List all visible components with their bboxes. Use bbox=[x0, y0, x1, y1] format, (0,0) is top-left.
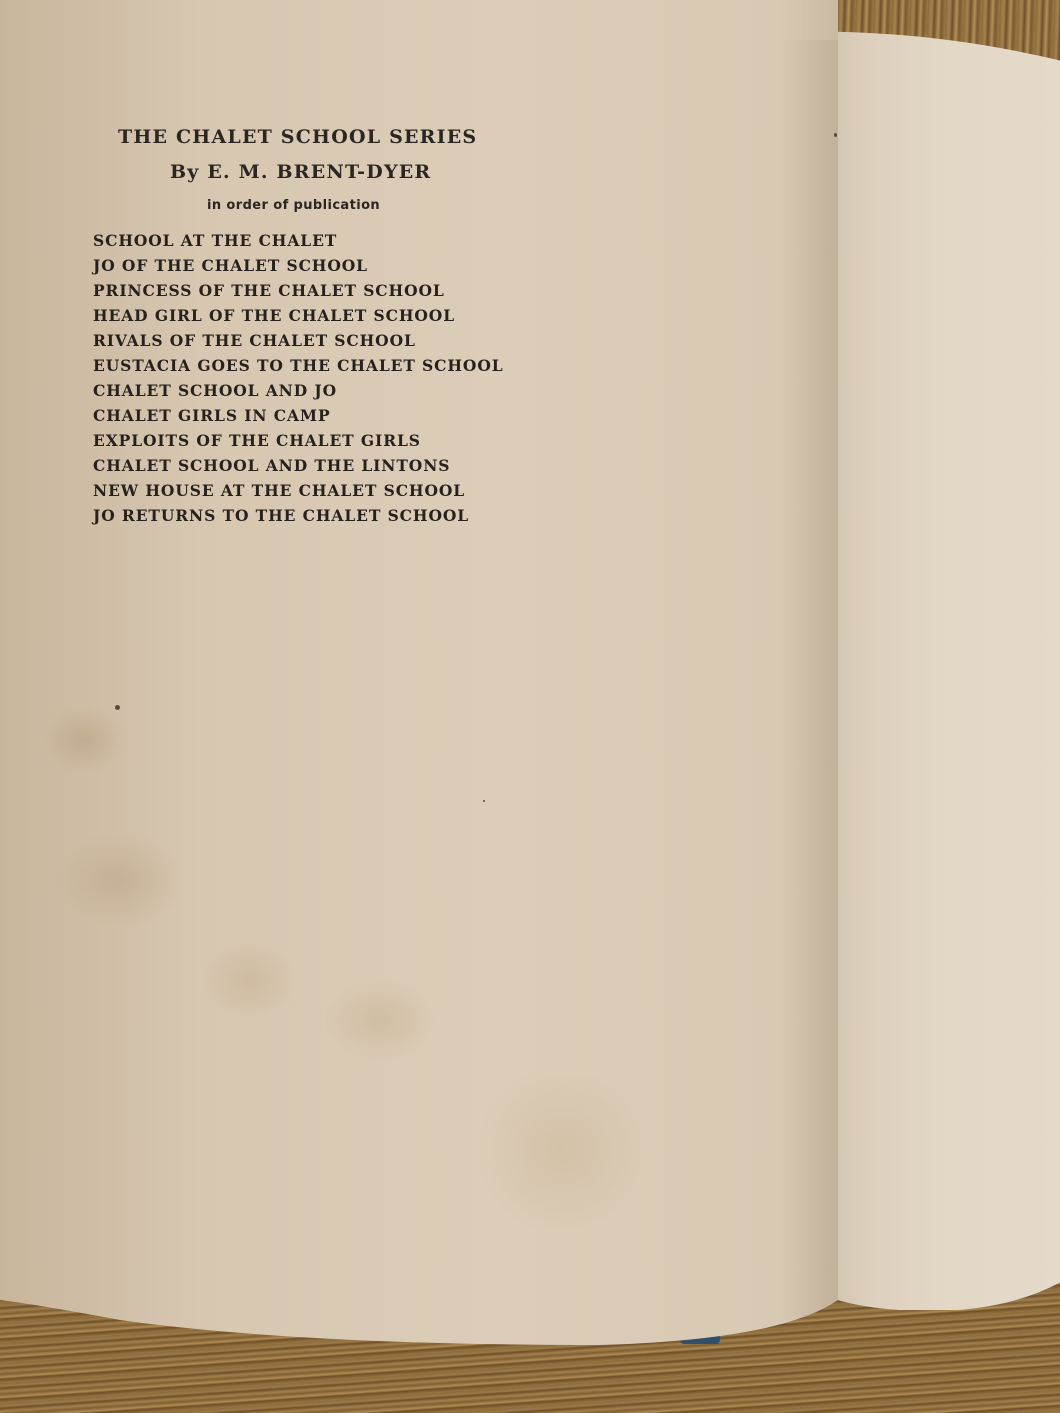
series-title: THE CHALET SCHOOL SERIES bbox=[118, 126, 477, 148]
foxing-speck bbox=[115, 705, 120, 710]
book-title: RIVALS OF THE CHALET SCHOOL bbox=[93, 328, 504, 353]
foxing-speck bbox=[834, 133, 837, 137]
book-title: SCHOOL AT THE CHALET bbox=[93, 228, 504, 253]
author-line: By E. M. BRENT-DYER bbox=[170, 161, 431, 183]
book-title: CHALET SCHOOL AND JO bbox=[93, 378, 504, 403]
book-title: JO OF THE CHALET SCHOOL bbox=[93, 253, 504, 278]
book-title: JO RETURNS TO THE CHALET SCHOOL bbox=[93, 503, 504, 528]
book-title: CHALET GIRLS IN CAMP bbox=[93, 403, 504, 428]
book-title: HEAD GIRL OF THE CHALET SCHOOL bbox=[93, 303, 504, 328]
book-title: NEW HOUSE AT THE CHALET SCHOOL bbox=[93, 478, 504, 503]
page-gutter-shadow bbox=[780, 40, 838, 1320]
book-title: EXPLOITS OF THE CHALET GIRLS bbox=[93, 428, 504, 453]
book-title: EUSTACIA GOES TO THE CHALET SCHOOL bbox=[93, 353, 504, 378]
book-title: PRINCESS OF THE CHALET SCHOOL bbox=[93, 278, 504, 303]
publication-order-note: in order of publication bbox=[207, 198, 380, 213]
book-title-list: SCHOOL AT THE CHALET JO OF THE CHALET SC… bbox=[93, 228, 504, 528]
foxing-speck bbox=[483, 800, 485, 802]
left-page bbox=[0, 0, 838, 1345]
book-title: CHALET SCHOOL AND THE LINTONS bbox=[93, 453, 504, 478]
